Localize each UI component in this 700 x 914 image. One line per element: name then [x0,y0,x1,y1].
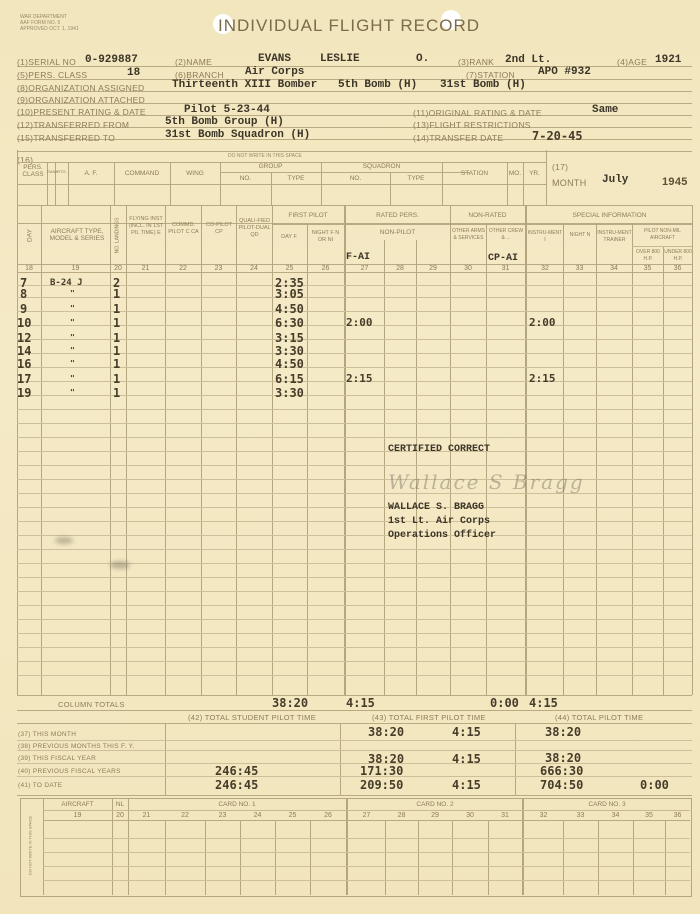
b16-squadron-type: TYPE [390,175,442,182]
age-value[interactable]: 1921 [655,54,681,66]
b16-squadron-no: NO. [321,175,390,182]
th-aircraft: AIRCRAFT TYPE, MODEL & SERIES [48,228,106,242]
total-pilot-label: (44) TOTAL PILOT TIME [555,713,643,722]
transferred-to-label: (15)TRANSFERRED TO [17,133,115,143]
org-assigned-value-3[interactable]: 31st Bomb (H) [440,79,526,91]
block16-note: DO NOT WRITE IN THIS SPACE [228,153,302,159]
transferred-to-value[interactable]: 31st Bomb Squadron (H) [165,129,310,141]
station-value[interactable]: APO #932 [538,66,591,78]
form-id: WAR DEPARTMENT AAF FORM NO. 5 APPROVED O… [20,14,79,32]
signature: Wallace S Bragg [388,470,585,494]
th-fp-day: DAY F [274,234,304,241]
year-value[interactable]: 1945 [662,176,688,188]
org-assigned-value-1[interactable]: Thirteenth XIII Bomber [172,79,317,91]
present-rating-value[interactable]: Pilot 5-23-44 [184,104,270,116]
rank-value[interactable]: 2nd Lt. [505,54,551,66]
card-aircraft-label: AIRCRAFT [43,801,112,808]
th-non-pilot: NON-PILOT [345,229,450,236]
column-totals-label: COLUMN TOTALS [58,700,125,709]
total-instrument: 4:15 [529,696,558,710]
pers-class-value[interactable]: 18 [127,67,140,79]
card-nl-label: NL [112,801,128,808]
rank-label: (3)RANK [458,57,494,67]
b16-wing: WING [170,170,220,177]
b16-command: COMMAND [114,170,170,177]
original-rating-value[interactable]: Same [592,104,618,116]
b16-group: GROUP [220,163,321,170]
th-instrument: INSTRU-MENT I [527,230,563,244]
b16-af: A. F. [68,170,114,177]
flight-record-form: WAR DEPARTMENT AAF FORM NO. 5 APPROVED O… [0,0,700,914]
th-day: DAY [27,226,34,246]
total-other-crew: 0:00 [490,696,519,710]
month-label: MONTH [552,178,587,188]
serial-value[interactable]: 0-929887 [85,54,138,66]
th-inst-trainer: INSTRU-MENT TRAINER [597,230,632,244]
th-other-crew: OTHER CREW & ... [487,228,525,242]
last-name-value[interactable]: EVANS [258,53,291,65]
present-rating-label: (10)PRESENT RATING & DATE [17,107,146,117]
middle-initial-value[interactable]: O. [416,53,429,65]
th-under-800: UNDER 800 H.P. [664,249,692,263]
transfer-date-value[interactable]: 7-20-45 [532,129,583,143]
b16-mo: MO. [507,170,523,177]
th-flying-inst: FLYING INST (INCL. IN 1ST PIL TIME) E [127,216,165,237]
pers-class-label: (5)PERS. CLASS [17,70,87,80]
student-pilot-label: (42) TOTAL STUDENT PILOT TIME [188,713,316,722]
first-name-value[interactable]: LESLIE [320,53,360,65]
transferred-from-value[interactable]: 5th Bomb Group (H) [165,116,284,128]
th-landings: NO. LANDINGS [115,218,122,254]
th-command-pilot: COMMD. PILOT C CA [166,222,201,236]
org-assigned-value-2[interactable]: 5th Bomb (H) [338,79,417,91]
b16-rank: RANK [47,168,55,175]
row-aircraft: B-24 J [50,278,83,288]
b16-group-no: NO. [220,175,271,182]
b16-group-type: TYPE [271,175,321,182]
th-over-800: OVER 800 H.P. [633,249,663,263]
transfer-date-label: (14)TRANSFER DATE [413,133,503,143]
certified-heading: CERTIFIED CORRECT [388,444,490,455]
original-rating-label: (11)ORIGINAL RATING & DATE [413,108,542,118]
certifier-rank: 1st Lt. Air Corps [388,516,490,527]
name-label: (2)NAME [175,57,212,67]
certifier-name: WALLACE S. BRAGG [388,502,484,513]
b16-rtg: RTG. [56,168,68,175]
ink-smudge [55,537,73,544]
transferred-from-label: (12)TRANSFERRED FROM [17,120,129,130]
org-attached-label: (9)ORGANIZATION ATTACHED [17,95,145,105]
rated-code: F-AI [346,252,370,263]
th-co-pilot: CO-PILOT CP [202,222,236,236]
th-other-arms: OTHER ARMS & SERVICES [451,228,486,242]
th-night: NIGHT N [564,232,596,239]
certifier-title: Operations Officer [388,530,496,541]
age-label: (4)AGE [617,57,647,67]
month-block-label: (17) [552,162,568,172]
b16-squadron: SQUADRON [321,163,442,170]
row-rated: 2:00 [346,316,373,329]
card-3-label: CARD NO. 3 [524,801,690,808]
th-special-info: SPECIAL INFORMATION [527,212,692,219]
ink-smudge [110,561,130,569]
card-2-label: CARD NO. 2 [348,801,522,808]
first-pilot-total-label: (43) TOTAL FIRST PILOT TIME [372,713,486,722]
th-first-pilot: FIRST PILOT [272,212,344,219]
card-side-label: DO NOT WRITE IN THIS SPACE [27,806,34,886]
th-fp-night: NIGHT F N OR NI [307,230,344,244]
total-rated: 4:15 [346,696,375,710]
b16-pers-class: PERS. CLASS [18,164,48,178]
b16-station: STATION [442,170,507,177]
th-pilot-non-mil: PILOT NON-MIL AIRCRAFT [633,228,692,242]
row-instrument: 2:00 [529,316,556,329]
other-crew-code: CP-AI [488,253,518,264]
card-1-label: CARD NO. 1 [128,801,346,808]
org-assigned-label: (8)ORGANIZATION ASSIGNED [17,83,144,93]
b16-yr: YR. [523,170,546,177]
form-title: INDIVIDUAL FLIGHT RECORD [218,16,480,36]
th-non-rated: NON-RATED [450,212,525,219]
month-value[interactable]: July [602,174,628,186]
th-qual-pilot: QUALI-FIED PILOT-DUAL QD [237,218,272,239]
branch-value[interactable]: Air Corps [245,66,304,78]
flight-restrictions-label: (13)FLIGHT RESTRICTIONS [413,120,531,130]
total-fp-day: 38:20 [272,696,308,710]
serial-label: (1)SERIAL NO [17,57,76,67]
th-rated-pers: RATED PERS. [345,212,450,219]
